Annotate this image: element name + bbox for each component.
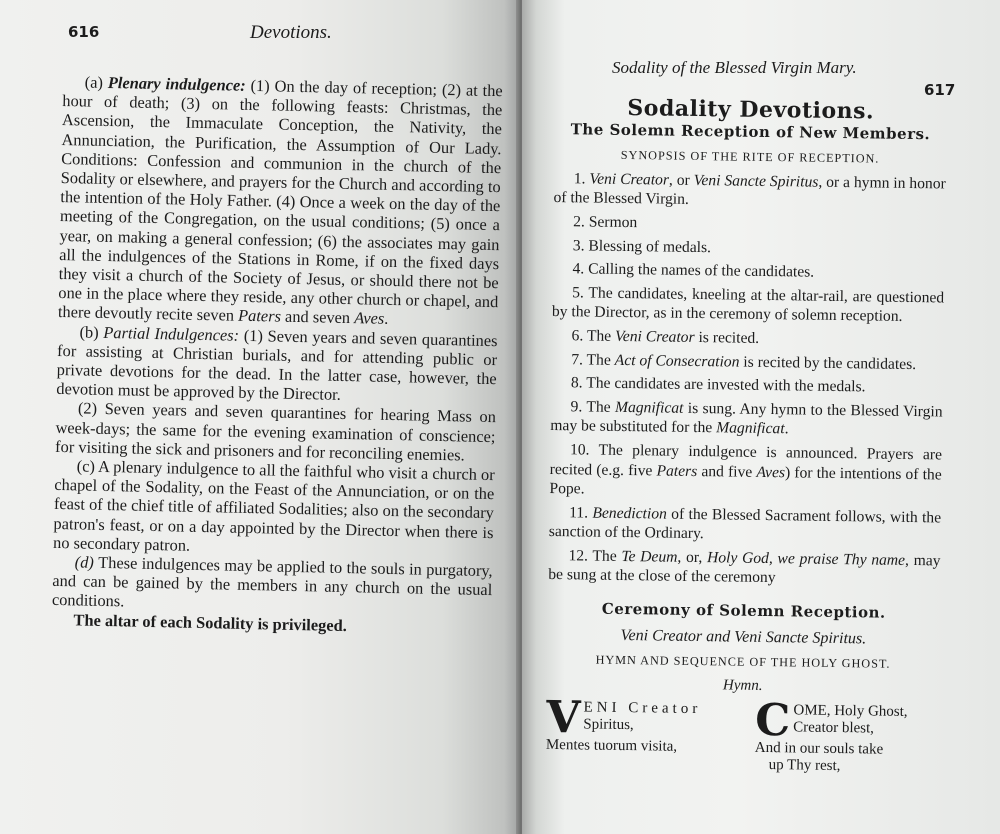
left-page: 616 Devotions. (a) Plenary indulgence: (… <box>0 0 520 834</box>
item-text: is recited. <box>694 329 759 347</box>
synopsis-item: 11. Benediction of the Blessed Sacrament… <box>549 503 942 548</box>
synopsis-item: 3. Blessing of medals. <box>553 236 945 261</box>
item-text: The <box>592 547 621 564</box>
item-number: 9. <box>570 398 586 415</box>
item-number: 7. <box>571 351 587 368</box>
item-text: The <box>586 398 615 415</box>
text: Paters <box>238 306 281 326</box>
section-heading: Sodality Devotions. <box>555 98 947 123</box>
open-book-spread: 616 Devotions. (a) Plenary indulgence: (… <box>0 0 1000 834</box>
text: A plenary indulgence to all the faithful… <box>53 457 495 555</box>
item-number: 8. <box>571 374 587 391</box>
item-number: 6. <box>571 327 587 344</box>
item-number: 11. <box>569 504 593 521</box>
item-text: . <box>785 421 789 438</box>
item-text: Holy God, we praise Thy name <box>707 549 905 569</box>
hymn-label: Hymn. <box>547 674 939 699</box>
ceremony-heading: Ceremony of Solemn Reception. <box>548 599 940 624</box>
synopsis-title: SYNOPSIS OF THE RITE OF RECEPTION. <box>554 145 946 170</box>
item-text: is recited by the candidates. <box>739 353 916 372</box>
label: (c) <box>77 456 99 475</box>
item-text: The <box>586 351 614 368</box>
synopsis-list: 1. Veni Creator, or Veni Sancte Spiritus… <box>548 169 946 591</box>
label: (a) <box>85 72 108 91</box>
paragraph-d: (d) These indulgences may be applied to … <box>52 552 493 619</box>
latin-hymn-column: V ENI Creator Spiritus, Mentes tuorum vi… <box>546 699 730 774</box>
label: (b) <box>79 322 103 341</box>
hymn-section-title: HYMN AND SEQUENCE OF THE HOLY GHOST. <box>547 650 939 675</box>
english-dropcap: C <box>755 702 791 740</box>
text: and seven <box>281 307 355 328</box>
ceremony-subtitle: Veni Creator and Veni Sancte Spiritus. <box>547 625 939 650</box>
item-text: The candidates are invested with the med… <box>586 375 866 396</box>
english-line-4: up Thy rest, <box>754 757 937 777</box>
synopsis-item: 9. The Magnificat is sung. Any hymn to t… <box>550 397 943 442</box>
item-number: 1. <box>574 170 590 187</box>
item-text: Veni Creator <box>615 328 695 346</box>
item-text: , or, <box>677 549 707 566</box>
latin-line-3: Mentes tuorum visita, <box>546 737 729 757</box>
item-text: Calling the names of the candidates. <box>588 261 814 281</box>
synopsis-item: 4. Calling the names of the candidates. <box>552 259 944 284</box>
item-text: and five <box>697 463 756 481</box>
left-running-title: Devotions. <box>250 22 332 44</box>
right-body-text: Sodality Devotions. The Solemn Reception… <box>546 92 947 777</box>
item-text: Act of Consecration <box>615 351 740 370</box>
text: Aves <box>354 309 384 329</box>
synopsis-item: 6. The Veni Creator is recited. <box>551 326 943 351</box>
plenary-indulgence-heading: Plenary indulgence: <box>108 73 246 95</box>
item-number: 10. <box>570 441 599 458</box>
item-number: 3. <box>573 237 589 254</box>
label: (d) <box>75 552 99 571</box>
paragraph-b2: (2) Seven years and seven quarantines fo… <box>55 398 496 465</box>
synopsis-item: 5. The candidates, kneeling at the altar… <box>552 283 945 328</box>
english-hymn-column: C OME, Holy Ghost, Creator blest, And in… <box>754 702 938 777</box>
item-text: Veni Sancte Spiritus <box>694 172 819 191</box>
item-text: Magnificat <box>615 399 684 417</box>
paragraph-a: (a) Plenary indulgence: (1) On the day o… <box>58 72 503 331</box>
right-running-title: Sodality of the Blessed Virgin Mary. <box>612 58 857 78</box>
latin-dropcap: V <box>546 699 581 737</box>
item-text: Te Deum <box>621 548 677 566</box>
text: . <box>384 309 389 328</box>
synopsis-item: 1. Veni Creator, or Veni Sancte Spiritus… <box>553 169 946 214</box>
item-text: Benediction <box>592 504 667 522</box>
section-subheading: The Solemn Reception of New Members. <box>554 120 946 145</box>
item-number: 12. <box>568 547 592 564</box>
item-text: The candidates, kneeling at the altar-ra… <box>552 284 944 325</box>
partial-indulgences-heading: Partial Indulgences: <box>103 323 239 345</box>
synopsis-item: 2. Sermon <box>553 212 945 237</box>
item-text: Sermon <box>589 213 638 231</box>
hymn-columns: V ENI Creator Spiritus, Mentes tuorum vi… <box>546 699 939 776</box>
item-text: The <box>587 327 615 344</box>
text: These indulgences may be applied to the … <box>52 553 493 611</box>
item-text: , or <box>669 171 694 188</box>
paragraph-b: (b) Partial Indulgences: (1) Seven years… <box>56 322 498 408</box>
synopsis-item: 8. The candidates are invested with the … <box>551 373 943 398</box>
item-text: Paters <box>656 462 697 480</box>
item-text: Aves <box>756 463 785 480</box>
item-number: 2. <box>573 213 589 230</box>
paragraph-c: (c) A plenary indulgence to all the fait… <box>53 456 495 561</box>
synopsis-item: 10. The plenary indulgence is announced.… <box>549 440 942 504</box>
left-page-number: 616 <box>68 22 99 42</box>
text: (1) On the day of reception; (2) at the … <box>58 76 503 325</box>
item-number: 4. <box>572 260 588 277</box>
item-text: Magnificat <box>716 420 785 438</box>
synopsis-item: 12. The Te Deum, or, Holy God, we praise… <box>548 546 941 591</box>
synopsis-item: 7. The Act of Consecration is recited by… <box>551 350 943 375</box>
item-number: 5. <box>572 284 589 301</box>
item-text: Veni Creator <box>589 170 669 188</box>
item-text: Blessing of medals. <box>588 237 711 256</box>
left-body-text: (a) Plenary indulgence: (1) On the day o… <box>51 72 503 638</box>
